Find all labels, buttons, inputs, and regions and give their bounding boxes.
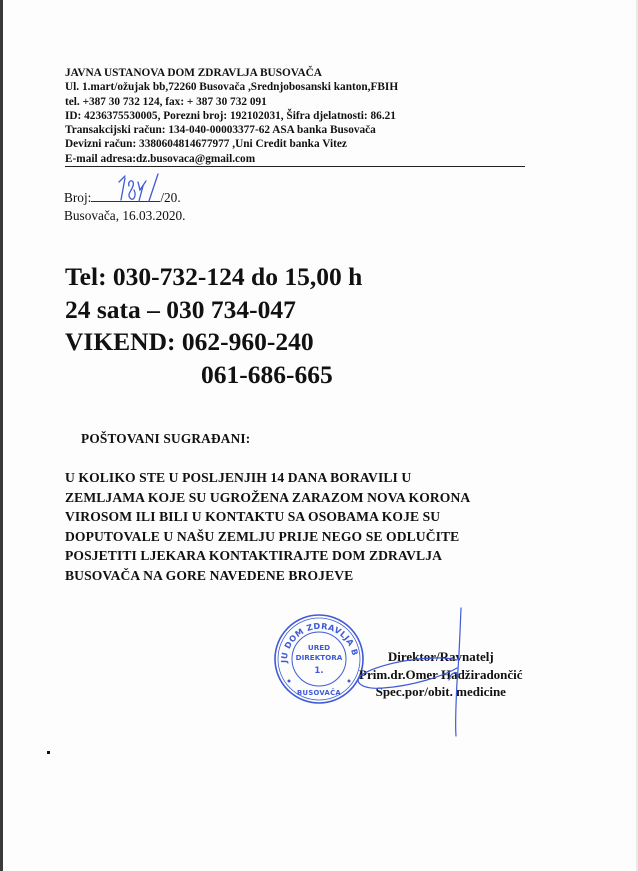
reference-year: /20. <box>160 190 180 205</box>
notice-line: POSJETITI LJEKARA KONTAKTIRAJTE DOM ZDRA… <box>65 546 605 566</box>
stamp-center-number: 1. <box>314 666 323 676</box>
letterhead: JAVNA USTANOVA DOM ZDRAVLJA BUSOVAČA Ul.… <box>65 66 525 167</box>
institution-address: Ul. 1.mart/ožujak bb,72260 Busovača ,Sre… <box>65 80 525 94</box>
notice-line: BUSOVAČA NA GORE NAVEDENE BROJEVE <box>65 566 605 586</box>
document-page: JAVNA USTANOVA DOM ZDRAVLJA BUSOVAČA Ul.… <box>3 0 636 871</box>
contact-phones: Tel: 030-732-124 do 15,00 h 24 sata – 03… <box>65 261 362 391</box>
transaction-account: Transakcijski račun: 134-040-00003377-62… <box>65 123 525 137</box>
notice-line: U KOLIKO STE U POSLJENJIH 14 DANA BORAVI… <box>65 468 605 488</box>
official-stamp: JU DOM ZDRAVLJA BUSOVAČA URED DIREKTORA … <box>273 613 365 705</box>
reference-number-label: Broj: <box>64 190 91 205</box>
notice-line: VIROSOM ILI BILI U KONTAKTU SA OSOBAMA K… <box>65 507 605 527</box>
phone-line-24h: 24 sata – 030 734-047 <box>65 294 362 327</box>
phone-line-weekend-alt: 061-686-665 <box>65 359 362 392</box>
stamp-center-line2: DIREKTORA <box>296 653 343 662</box>
place-date: Busovača, 16.03.2020. <box>64 207 186 225</box>
phone-line-weekend: VIKEND: 062-960-240 <box>65 326 362 359</box>
notice-line: DOPUTOVALE U NAŠU ZEMLJU PRIJE NEGO SE O… <box>65 527 605 547</box>
scan-speck <box>47 751 50 754</box>
notice-line: ZEMLJAMA KOJE SU UGROŽENA ZARAZOM NOVA K… <box>65 488 605 508</box>
document-reference: Broj: /20. Busovača, 16.03.2020. <box>64 189 186 224</box>
notice-body: U KOLIKO STE U POSLJENJIH 14 DANA BORAVI… <box>65 468 605 586</box>
handwritten-number <box>115 172 160 204</box>
greeting: POŠTOVANI SUGRAĐANI: <box>81 431 250 447</box>
institution-ids: ID: 4236375530005, Porezni broj: 1921020… <box>65 109 525 123</box>
reference-number-blank <box>91 189 160 202</box>
foreign-account: Devizni račun: 3380604814677977 ,Uni Cre… <box>65 137 525 151</box>
phone-line-office: Tel: 030-732-124 do 15,00 h <box>65 261 362 294</box>
institution-name: JAVNA USTANOVA DOM ZDRAVLJA BUSOVAČA <box>65 66 525 80</box>
institution-phone-fax: tel. +387 30 732 124, fax: + 387 30 732 … <box>65 95 525 109</box>
stamp-bottom-text: BUSOVAČA <box>297 688 341 697</box>
handwritten-signature <box>353 602 493 742</box>
institution-email: E-mail adresa:dz.busovaca@gmail.com <box>65 152 525 167</box>
stamp-center-line1: URED <box>308 643 330 652</box>
